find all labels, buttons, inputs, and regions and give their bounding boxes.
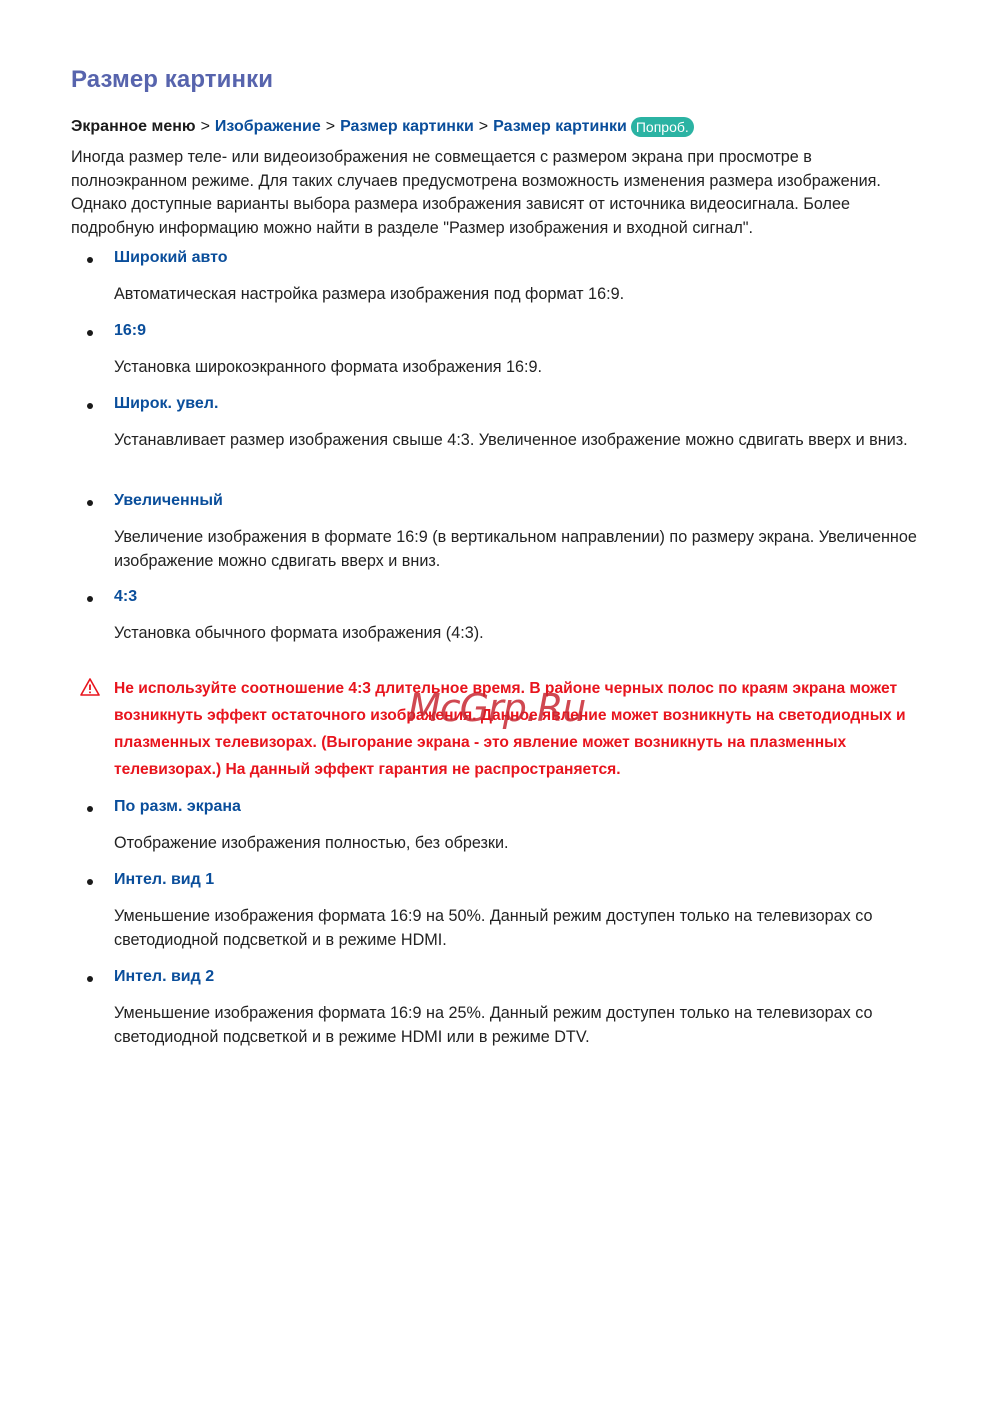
breadcrumb-root: Экранное меню — [71, 118, 196, 136]
bullet-icon — [87, 330, 93, 336]
breadcrumb-separator: > — [201, 118, 210, 136]
option-description: Установка широкоэкранного формата изобра… — [114, 356, 924, 380]
warning-text: Не используйте соотношение 4:3 длительно… — [114, 675, 924, 783]
bullet-icon — [87, 500, 93, 506]
intro-paragraph: Иногда размер теле- или видеоизображения… — [71, 146, 931, 240]
page-title: Размер картинки — [71, 66, 273, 94]
option-label: 4:3 — [114, 588, 137, 606]
option-description: Автоматическая настройка размера изображ… — [114, 283, 924, 307]
bullet-icon — [87, 403, 93, 409]
option-description: Уменьшение изображения формата 16:9 на 2… — [114, 1002, 924, 1049]
option-description: Устанавливает размер изображения свыше 4… — [114, 429, 924, 453]
breadcrumb-item-image[interactable]: Изображение — [215, 118, 321, 136]
breadcrumb: Экранное меню > Изображение > Размер кар… — [71, 117, 694, 137]
option-label: Широкий авто — [114, 249, 228, 267]
option-label: Интел. вид 1 — [114, 871, 214, 889]
breadcrumb-item-picture-size-final[interactable]: Размер картинки — [493, 118, 627, 136]
bullet-icon — [87, 879, 93, 885]
warning-triangle-icon — [80, 677, 100, 697]
option-label: По разм. экрана — [114, 798, 241, 816]
option-description: Установка обычного формата изображения (… — [114, 622, 924, 646]
option-description: Увеличение изображения в формате 16:9 (в… — [114, 526, 924, 573]
bullet-icon — [87, 976, 93, 982]
breadcrumb-separator: > — [479, 118, 488, 136]
option-label: Интел. вид 2 — [114, 968, 214, 986]
bullet-icon — [87, 806, 93, 812]
option-label: Широк. увел. — [114, 395, 218, 413]
option-description: Отображение изображения полностью, без о… — [114, 832, 924, 856]
breadcrumb-item-picture-size[interactable]: Размер картинки — [340, 118, 474, 136]
bullet-icon — [87, 257, 93, 263]
breadcrumb-separator: > — [326, 118, 335, 136]
option-label: Увеличенный — [114, 492, 223, 510]
try-now-button[interactable]: Попроб. — [631, 117, 694, 137]
bullet-icon — [87, 596, 93, 602]
option-description: Уменьшение изображения формата 16:9 на 5… — [114, 905, 924, 952]
option-label: 16:9 — [114, 322, 146, 340]
